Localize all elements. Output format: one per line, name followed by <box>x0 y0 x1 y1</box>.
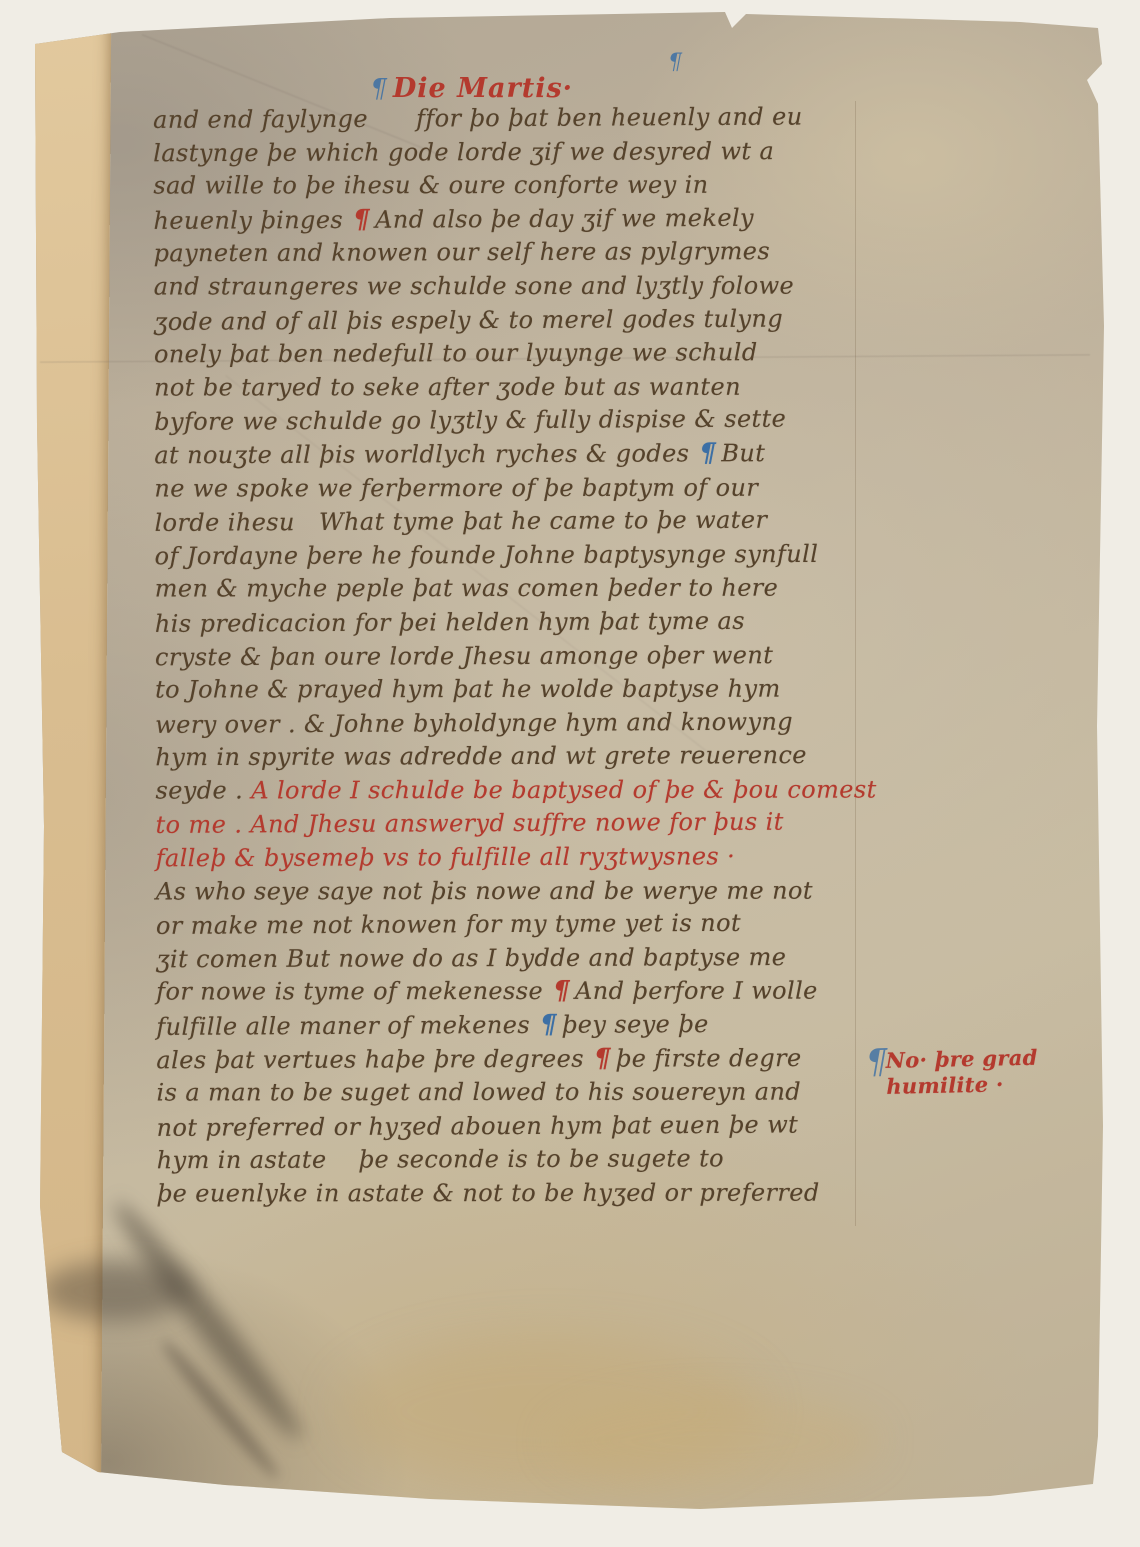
margin-note-line: No· þre grad <box>885 1044 1066 1074</box>
text-line: falleþ & bysemeþ vs to fulfille all ryʒt… <box>156 840 876 876</box>
text-line: lastynge þe which gode lorde ʒif we desy… <box>153 134 873 170</box>
text-line: þe euenlyke in astate & not to be hyʒed … <box>157 1176 877 1211</box>
text-segment: And þerfore I wolle <box>575 977 818 1005</box>
text-line: wery over . & Johne byholdynge hym and k… <box>155 705 875 742</box>
margin-note-line: humilite · <box>886 1070 1067 1100</box>
text-segment: As who seye saye not þis nowe and be wer… <box>156 876 813 905</box>
margin-note-lines: No· þre gradhumilite · <box>885 1044 1066 1100</box>
text-segment: of Jordayne þere he founde Johne baptysy… <box>155 540 819 570</box>
text-line: As who seye saye not þis nowe and be wer… <box>156 874 876 909</box>
text-line: to me . And Jhesu answeryd suffre nowe f… <box>156 806 876 843</box>
text-segment: onely þat ben nedefull to our lyuynge we… <box>154 338 758 368</box>
text-segment: or make me not knowen for my tyme yet is… <box>156 909 741 940</box>
text-segment: byfore we schulde go lyʒtly & fully disp… <box>154 405 786 436</box>
text-line: men & myche peple þat was comen þeder to… <box>155 572 875 607</box>
running-title: Die Martis· <box>393 73 573 104</box>
text-line: is a man to be suget and lowed to his so… <box>157 1076 877 1111</box>
text-segment: men & myche peple þat was comen þeder to… <box>155 574 779 603</box>
text-segment: not preferred or hyʒed abouen hym þat eu… <box>157 1110 799 1141</box>
text-segment: þey seye þe <box>562 1010 709 1039</box>
text-line: or make me not knowen for my tyme yet is… <box>156 906 876 943</box>
text-block: and end faylynge ffor þo þat ben heuenly… <box>153 101 877 1212</box>
text-segment: and end faylynge ffor þo þat ben heuenly… <box>153 102 803 133</box>
text-line: seyde . A lorde I schulde be baptysed of… <box>155 773 875 808</box>
text-line: cryste & þan oure lorde Jhesu amonge oþe… <box>155 638 875 674</box>
text-line: hym in spyrite was adredde and wt grete … <box>155 739 875 775</box>
text-segment: payneten and knowen our self here as pyl… <box>154 237 771 267</box>
paraph-flourish-icon: ¶ <box>668 50 682 75</box>
paraph-flourish-icon: ¶ <box>370 74 387 104</box>
text-line: ales þat vertues haþe þre degrees ¶þe fi… <box>156 1041 876 1077</box>
text-line: and end faylynge ffor þo þat ben heuenly… <box>153 100 873 137</box>
text-segment: þe euenlyke in astate & not to be hyʒed … <box>157 1179 820 1208</box>
text-line: ʒode and of all þis espely & to merel go… <box>154 302 874 339</box>
text-segment: to Johne & prayed hym þat he wolde bapty… <box>155 675 781 704</box>
text-line: not be taryed to seke after ʒode but as … <box>154 370 874 405</box>
text-segment: for nowe is tyme of mekenesse <box>156 977 551 1006</box>
text-segment: wery over . & Johne byholdynge hym and k… <box>155 707 793 738</box>
rubric-segment: A lorde I schulde be baptysed of þe & þo… <box>251 775 876 804</box>
text-segment: ales þat vertues haþe þre degrees <box>156 1044 592 1074</box>
text-line: onely þat ben nedefull to our lyuynge we… <box>154 336 874 372</box>
text-segment: heuenly þinges <box>153 206 351 235</box>
text-segment: not be taryed to seke after ʒode but as … <box>154 372 741 401</box>
parchment-stain <box>550 1396 880 1486</box>
text-segment: þe firste degre <box>616 1044 802 1073</box>
text-segment: But <box>721 439 765 467</box>
text-line: byfore we schulde go lyʒtly & fully disp… <box>154 402 874 439</box>
rubric-segment: falleþ & bysemeþ vs to fulfille all ryʒt… <box>156 842 736 872</box>
text-segment: sad wille to þe ihesu & oure conforte we… <box>153 171 708 200</box>
text-line: lorde ihesu What tyme þat he came to þe … <box>154 503 874 540</box>
text-segment: lorde ihesu What tyme þat he came to þe … <box>154 506 767 537</box>
text-segment: at nouʒte all þis worldlych ryches & god… <box>154 439 697 469</box>
text-line: his predicacion for þei helden hym þat t… <box>155 604 875 641</box>
text-segment: lastynge þe which gode lorde ʒif we desy… <box>153 137 774 167</box>
text-segment: cryste & þan oure lorde Jhesu amonge oþe… <box>155 641 773 671</box>
text-segment: fulfille alle maner of mekenes <box>156 1011 538 1041</box>
text-segment: ʒit comen But nowe do as I bydde and bap… <box>156 943 786 973</box>
paraph-mark-icon: ¶ <box>697 438 721 468</box>
text-segment: ne we spoke we ferþermore of þe baptym o… <box>154 473 758 502</box>
manuscript-leaf: ¶Die Martis· ¶ and end faylynge ffor þo … <box>10 6 1112 1522</box>
ink-smudge-stain <box>40 1261 190 1321</box>
text-line: of Jordayne þere he founde Johne baptysy… <box>155 537 875 573</box>
text-segment: and straungeres we schulde sone and lyʒt… <box>154 272 794 301</box>
text-line: not preferred or hyʒed abouen hym þat eu… <box>157 1108 877 1145</box>
fold-line <box>1110 66 1111 1446</box>
text-segment: And also þe day ʒif we mekely <box>375 204 754 234</box>
text-line: at nouʒte all þis worldlych ryches & god… <box>154 437 874 473</box>
paraph-mark-icon: ¶ <box>538 1010 562 1040</box>
text-line: and straungeres we schulde sone and lyʒt… <box>154 269 874 304</box>
text-line: to Johne & prayed hym þat he wolde bapty… <box>155 673 875 708</box>
text-segment: his predicacion for þei helden hym þat t… <box>155 607 745 638</box>
text-segment: ʒode and of all þis espely & to merel go… <box>154 304 783 335</box>
text-segment: seyde . <box>155 776 251 804</box>
text-line: heuenly þinges ¶And also þe day ʒif we m… <box>153 201 873 238</box>
ink-smudge-stain <box>104 1194 312 1449</box>
text-line: fulfille alle maner of mekenes ¶þey seye… <box>156 1007 876 1044</box>
text-line: hym in astate þe seconde is to be sugete… <box>157 1142 877 1178</box>
text-line: sad wille to þe ihesu & oure conforte we… <box>153 169 873 204</box>
text-segment: is a man to be suget and lowed to his so… <box>157 1078 802 1107</box>
text-line: ʒit comen But nowe do as I bydde and bap… <box>156 941 876 977</box>
text-line: payneten and knowen our self here as pyl… <box>154 235 874 271</box>
paraph-flourish-icon: ¶ <box>865 1042 887 1082</box>
margin-note: ¶ No· þre gradhumilite · <box>885 1044 1066 1100</box>
paraph-mark-icon: ¶ <box>351 205 375 235</box>
text-line: ne we spoke we ferþermore of þe baptym o… <box>154 471 874 506</box>
paraph-mark-icon: ¶ <box>592 1043 616 1073</box>
rubric-segment: to me . And Jhesu answeryd suffre nowe f… <box>156 808 784 839</box>
paraph-mark-icon: ¶ <box>551 976 575 1006</box>
text-line: for nowe is tyme of mekenesse ¶And þerfo… <box>156 975 876 1010</box>
text-segment: hym in spyrite was adredde and wt grete … <box>155 741 807 771</box>
text-segment: hym in astate þe seconde is to be sugete… <box>157 1145 724 1175</box>
running-title-row: ¶Die Martis· ¶ <box>350 54 573 94</box>
